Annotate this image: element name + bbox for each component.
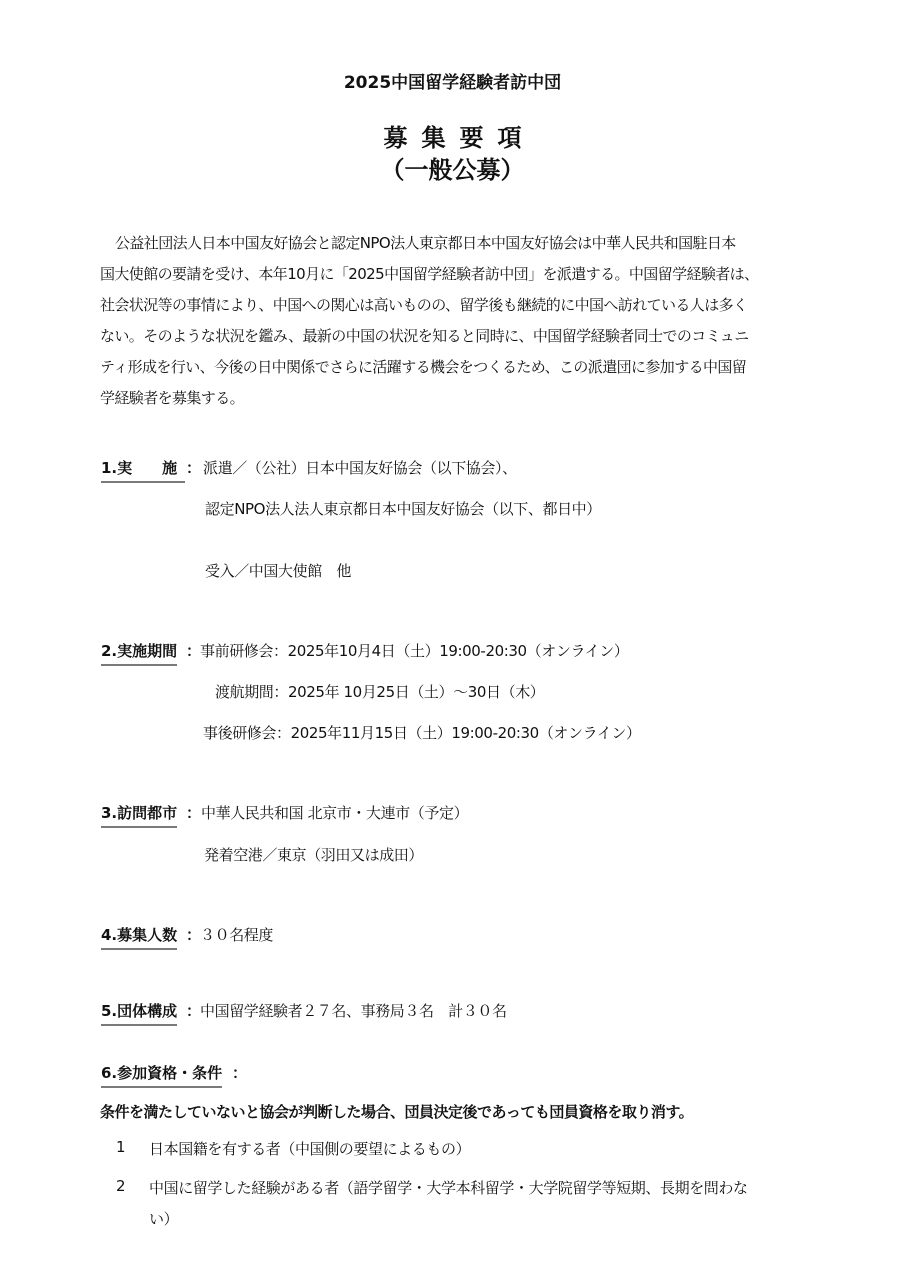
section-text: 発着空港／東京（羽田又は成田） xyxy=(204,844,423,865)
section-text: 中国留学経験者２７名、事務局３名 計３０名 xyxy=(200,1000,507,1021)
section-label: 1.実 施 xyxy=(101,457,185,483)
section-colon: ： xyxy=(232,1062,247,1083)
intro-line: ティ形成を行い、今後の日中関係でさらに活躍する機会をつくるため、この派遣団に参加… xyxy=(100,352,812,383)
intro-line: ない。そのような状況を鑑み、最新の中国の状況を知ると同時に、中国留学経験者同士で… xyxy=(100,321,812,352)
section-text: 事後研修会：2025年11月15日（土）19:00-20:30（オンライン） xyxy=(203,722,641,743)
section-text: 認定NPO法人法人東京都日本中国友好協会（以下、都日中） xyxy=(205,498,601,519)
section-text: 中華人民共和国 北京市・大連市（予定） xyxy=(201,802,468,823)
section-colon: ： xyxy=(186,802,201,823)
item-number: 2 xyxy=(116,1177,126,1195)
section-colon: ： xyxy=(186,1000,201,1021)
intro-line: 国大使館の要請を受け、本年10月に「2025中国留学経験者訪中団」を派遣する。中… xyxy=(100,259,812,290)
section-text: ３０名程度 xyxy=(200,924,273,945)
section-label: 3.訪問都市 xyxy=(101,802,177,828)
section-colon: ： xyxy=(186,640,201,661)
section-label: 2.実施期間 xyxy=(101,640,177,666)
section-colon: ： xyxy=(186,457,201,478)
section-text: 渡航期間：2025年 10月25日（土）～30日（木） xyxy=(215,681,544,702)
item-number: 1 xyxy=(116,1138,126,1156)
document-title-sub: （一般公募） xyxy=(0,150,905,185)
section-text: 派遣／（公社）日本中国友好協会（以下協会）、 xyxy=(203,457,517,478)
section-label: 6.参加資格・条件 xyxy=(101,1062,222,1088)
item-text: 中国に留学した経験がある者（語学留学・大学本科留学・大学院留学等短期、長期を問わ… xyxy=(149,1177,748,1198)
section-label: 4.募集人数 xyxy=(101,924,177,950)
intro-paragraph: 公益社団法人日本中国友好協会と認定NPO法人東京都日本中国友好協会は中華人民共和… xyxy=(100,228,812,414)
intro-line: 学経験者を募集する。 xyxy=(100,383,812,414)
section-text: 事前研修会：2025年10月4日（土）19:00-20:30（オンライン） xyxy=(200,640,628,661)
document-subtitle: 2025中国留学経験者訪中団 xyxy=(0,68,905,93)
intro-line: 社会状況等の事情により、中国への関心は高いものの、留学後も継続的に中国へ訪れてい… xyxy=(100,290,812,321)
section-text: 受入／中国大使館 他 xyxy=(205,560,351,581)
eligibility-note: 条件を満たしていないと協会が判断した場合、団員決定後であっても団員資格を取り消す… xyxy=(100,1101,693,1122)
intro-line: 公益社団法人日本中国友好協会と認定NPO法人東京都日本中国友好協会は中華人民共和… xyxy=(100,228,812,259)
item-text: 日本国籍を有する者（中国側の要望によるもの） xyxy=(149,1138,470,1159)
document-title: 募集要項 xyxy=(0,118,905,153)
section-label: 5.団体構成 xyxy=(101,1000,177,1026)
item-text-continued: い） xyxy=(149,1208,178,1229)
section-colon: ： xyxy=(186,924,201,945)
